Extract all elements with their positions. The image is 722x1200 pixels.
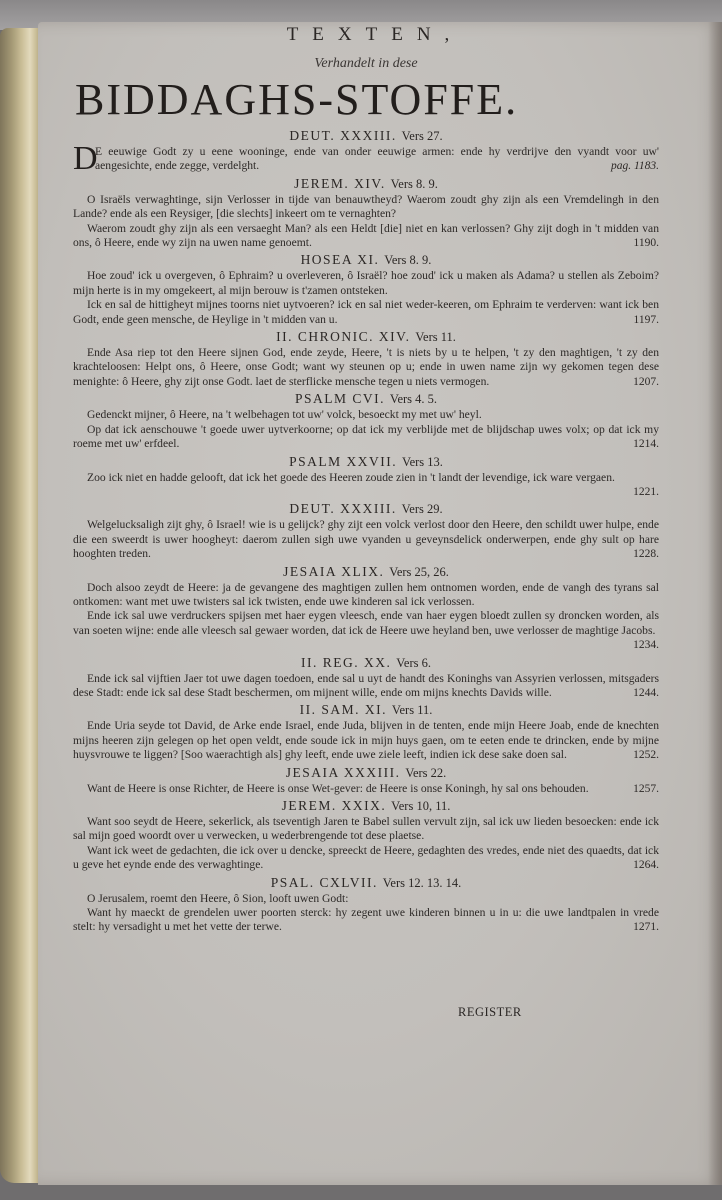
scripture-reference: II. SAM. XI. Vers 11.	[73, 701, 659, 719]
scripture-reference: PSAL. CXLVII. Vers 12. 13. 14.	[73, 874, 659, 892]
text-section: JEREM. XIV. Vers 8. 9.O Israëls verwaght…	[73, 175, 659, 251]
scripture-reference: JEREM. XXIX. Vers 10, 11.	[73, 797, 659, 815]
scripture-reference: JESAIA XLIX. Vers 25, 26.	[73, 563, 659, 581]
drop-cap: D	[73, 143, 98, 175]
verse-paragraph: Zoo ick niet en hadde gelooft, dat ick h…	[73, 471, 659, 500]
verse-paragraph: Want ick weet de gedachten, die ick over…	[73, 844, 659, 873]
verse-paragraph: DE eeuwige Godt zy u eene wooninge, ende…	[73, 145, 659, 174]
verse-paragraph: Op dat ick aenschouwe 't goede uwer uytv…	[73, 423, 659, 452]
verse-text: Want hy maeckt de grendelen uwer poorten…	[73, 906, 659, 933]
page-content: TEXTEN, Verhandelt in dese BIDDAGHS-STOF…	[73, 24, 659, 935]
verse-text: Ende ick sal vijftien Jaer tot uwe dagen…	[73, 672, 659, 699]
verse-paragraph: Doch alsoo zeydt de Heere: ja de gevange…	[73, 581, 659, 610]
text-section: HOSEA XI. Vers 8. 9.Hoe zoud' ick u over…	[73, 251, 659, 327]
verse-paragraph: Ende ick sal vijftien Jaer tot uwe dagen…	[73, 672, 659, 701]
verse-number: Vers 8. 9.	[384, 253, 431, 267]
scripture-reference: HOSEA XI. Vers 8. 9.	[73, 251, 659, 269]
book-chapter: JESAIA XXXIII.	[286, 765, 401, 780]
book-chapter: DEUT. XXXIII.	[289, 128, 396, 143]
verse-text: Gedenckt mijner, ô Heere, na 't welbehag…	[87, 408, 482, 421]
text-sections: DEUT. XXXIII. Vers 27.DE eeuwige Godt zy…	[73, 127, 659, 935]
book-chapter: II. CHRONIC. XIV.	[276, 329, 410, 344]
text-section: DEUT. XXXIII. Vers 29.Welgelucksaligh zi…	[73, 500, 659, 561]
scripture-reference: PSALM XXVII. Vers 13.	[73, 453, 659, 471]
verse-number: Vers 25, 26.	[389, 565, 449, 579]
page-reference: 1234.	[619, 638, 659, 652]
text-section: JEREM. XXIX. Vers 10, 11.Want soo seydt …	[73, 797, 659, 873]
book-chapter: DEUT. XXXIII.	[289, 501, 396, 516]
verse-number: Vers 8. 9.	[391, 177, 438, 191]
verse-text: Want ick weet de gedachten, die ick over…	[73, 844, 659, 871]
verse-number: Vers 10, 11.	[391, 799, 450, 813]
verse-number: Vers 6.	[396, 656, 431, 670]
book-chapter: PSALM XXVII.	[289, 454, 397, 469]
verse-paragraph: Welgelucksaligh zijt ghy, ô Israel! wie …	[73, 518, 659, 561]
page-gutter-shadow	[708, 22, 722, 1185]
verse-number: Vers 4. 5.	[390, 392, 437, 406]
page-reference: pag. 1183.	[611, 159, 659, 173]
verse-paragraph: Want de Heere is onse Richter, de Heere …	[73, 782, 659, 796]
text-section: DEUT. XXXIII. Vers 27.DE eeuwige Godt zy…	[73, 127, 659, 174]
verse-number: Vers 29.	[402, 502, 443, 516]
verse-number: Vers 11.	[392, 703, 433, 717]
book-chapter: JEREM. XXIX.	[282, 798, 387, 813]
page-reference: 1244.	[619, 686, 659, 700]
catchword: REGISTER	[458, 1005, 522, 1020]
book-chapter: PSALM CVI.	[295, 391, 385, 406]
header-subtitle: Verhandelt in dese	[73, 56, 659, 72]
text-section: PSALM CVI. Vers 4. 5.Gedenckt mijner, ô …	[73, 390, 659, 451]
book-chapter: JESAIA XLIX.	[283, 564, 384, 579]
verse-paragraph: O Jerusalem, roemt den Heere, ô Sion, lo…	[73, 892, 659, 906]
book-page-edges	[0, 28, 40, 1183]
scripture-reference: II. REG. XX. Vers 6.	[73, 654, 659, 672]
verse-text: O Jerusalem, roemt den Heere, ô Sion, lo…	[87, 892, 348, 905]
verse-text: Welgelucksaligh zijt ghy, ô Israel! wie …	[73, 518, 659, 560]
verse-number: Vers 13.	[402, 455, 443, 469]
scripture-reference: JESAIA XXXIII. Vers 22.	[73, 764, 659, 782]
text-section: II. CHRONIC. XIV. Vers 11.Ende Asa riep …	[73, 328, 659, 389]
text-section: JESAIA XXXIII. Vers 22.Want de Heere is …	[73, 764, 659, 796]
verse-paragraph: O Israëls verwaghtinge, sijn Verlosser i…	[73, 193, 659, 222]
page-reference: 1264.	[619, 858, 659, 872]
page-reference: 1257.	[619, 782, 659, 796]
verse-text: O Israëls verwaghtinge, sijn Verlosser i…	[73, 193, 659, 220]
book-chapter: HOSEA XI.	[301, 252, 380, 267]
verse-paragraph: Hoe zoud' ick u overgeven, ô Ephraim? u …	[73, 269, 659, 298]
scripture-reference: II. CHRONIC. XIV. Vers 11.	[73, 328, 659, 346]
verse-text: Hoe zoud' ick u overgeven, ô Ephraim? u …	[73, 269, 659, 296]
book-chapter: II. REG. XX.	[301, 655, 391, 670]
text-section: II. REG. XX. Vers 6.Ende ick sal vijftie…	[73, 654, 659, 701]
verse-number: Vers 11.	[415, 330, 456, 344]
text-section: PSAL. CXLVII. Vers 12. 13. 14.O Jerusale…	[73, 874, 659, 935]
scripture-reference: DEUT. XXXIII. Vers 27.	[73, 127, 659, 145]
header-texten: TEXTEN,	[91, 24, 659, 46]
text-section: JESAIA XLIX. Vers 25, 26.Doch alsoo zeyd…	[73, 563, 659, 653]
page-reference: 1228.	[619, 547, 659, 561]
verse-text: E eeuwige Godt zy u eene wooninge, ende …	[95, 145, 659, 172]
verse-text: Ende ick sal uwe verdruckers spijsen met…	[73, 609, 659, 636]
page-reference: 1197.	[620, 313, 659, 327]
book-chapter: JEREM. XIV.	[294, 176, 386, 191]
page-reference: 1252.	[619, 748, 659, 762]
verse-paragraph: Want hy maeckt de grendelen uwer poorten…	[73, 906, 659, 935]
page-reference: 1190.	[620, 236, 659, 250]
verse-text: Want de Heere is onse Richter, de Heere …	[87, 782, 589, 795]
verse-paragraph: Ende Uria seyde tot David, de Arke ende …	[73, 719, 659, 762]
verse-text: Waerom zoudt ghy zijn als een versaeght …	[73, 222, 659, 249]
verse-paragraph: Ende ick sal uwe verdruckers spijsen met…	[73, 609, 659, 652]
text-section: II. SAM. XI. Vers 11.Ende Uria seyde tot…	[73, 701, 659, 762]
verse-text: Ende Asa riep tot den Heere sijnen God, …	[73, 346, 659, 388]
page-reference: 1271.	[619, 920, 659, 934]
page-reference: 1214.	[619, 437, 659, 451]
verse-number: Vers 22.	[405, 766, 446, 780]
verse-paragraph: Gedenckt mijner, ô Heere, na 't welbehag…	[73, 408, 659, 422]
verse-text: Doch alsoo zeydt de Heere: ja de gevange…	[73, 581, 659, 608]
verse-text: Want soo seydt de Heere, sekerlick, als …	[73, 815, 659, 842]
verse-text: Ick en sal de hittigheyt mijnes toorns n…	[73, 298, 659, 325]
page-title: BIDDAGHS-STOFFE.	[75, 74, 659, 126]
book-chapter: II. SAM. XI.	[300, 702, 387, 717]
scripture-reference: DEUT. XXXIII. Vers 29.	[73, 500, 659, 518]
text-section: PSALM XXVII. Vers 13.Zoo ick niet en had…	[73, 453, 659, 500]
verse-paragraph: Ende Asa riep tot den Heere sijnen God, …	[73, 346, 659, 389]
verse-text: Op dat ick aenschouwe 't goede uwer uytv…	[73, 423, 659, 450]
page-reference: 1207.	[619, 375, 659, 389]
verse-number: Vers 12. 13. 14.	[383, 876, 461, 890]
verse-paragraph: Waerom zoudt ghy zijn als een versaeght …	[73, 222, 659, 251]
page-reference: 1221.	[619, 485, 659, 499]
book-chapter: PSAL. CXLVII.	[271, 875, 378, 890]
verse-paragraph: Ick en sal de hittigheyt mijnes toorns n…	[73, 298, 659, 327]
scripture-reference: JEREM. XIV. Vers 8. 9.	[73, 175, 659, 193]
verse-paragraph: Want soo seydt de Heere, sekerlick, als …	[73, 815, 659, 844]
verse-text: Zoo ick niet en hadde gelooft, dat ick h…	[87, 471, 615, 484]
verse-number: Vers 27.	[402, 129, 443, 143]
verse-text: Ende Uria seyde tot David, de Arke ende …	[73, 719, 659, 761]
scripture-reference: PSALM CVI. Vers 4. 5.	[73, 390, 659, 408]
